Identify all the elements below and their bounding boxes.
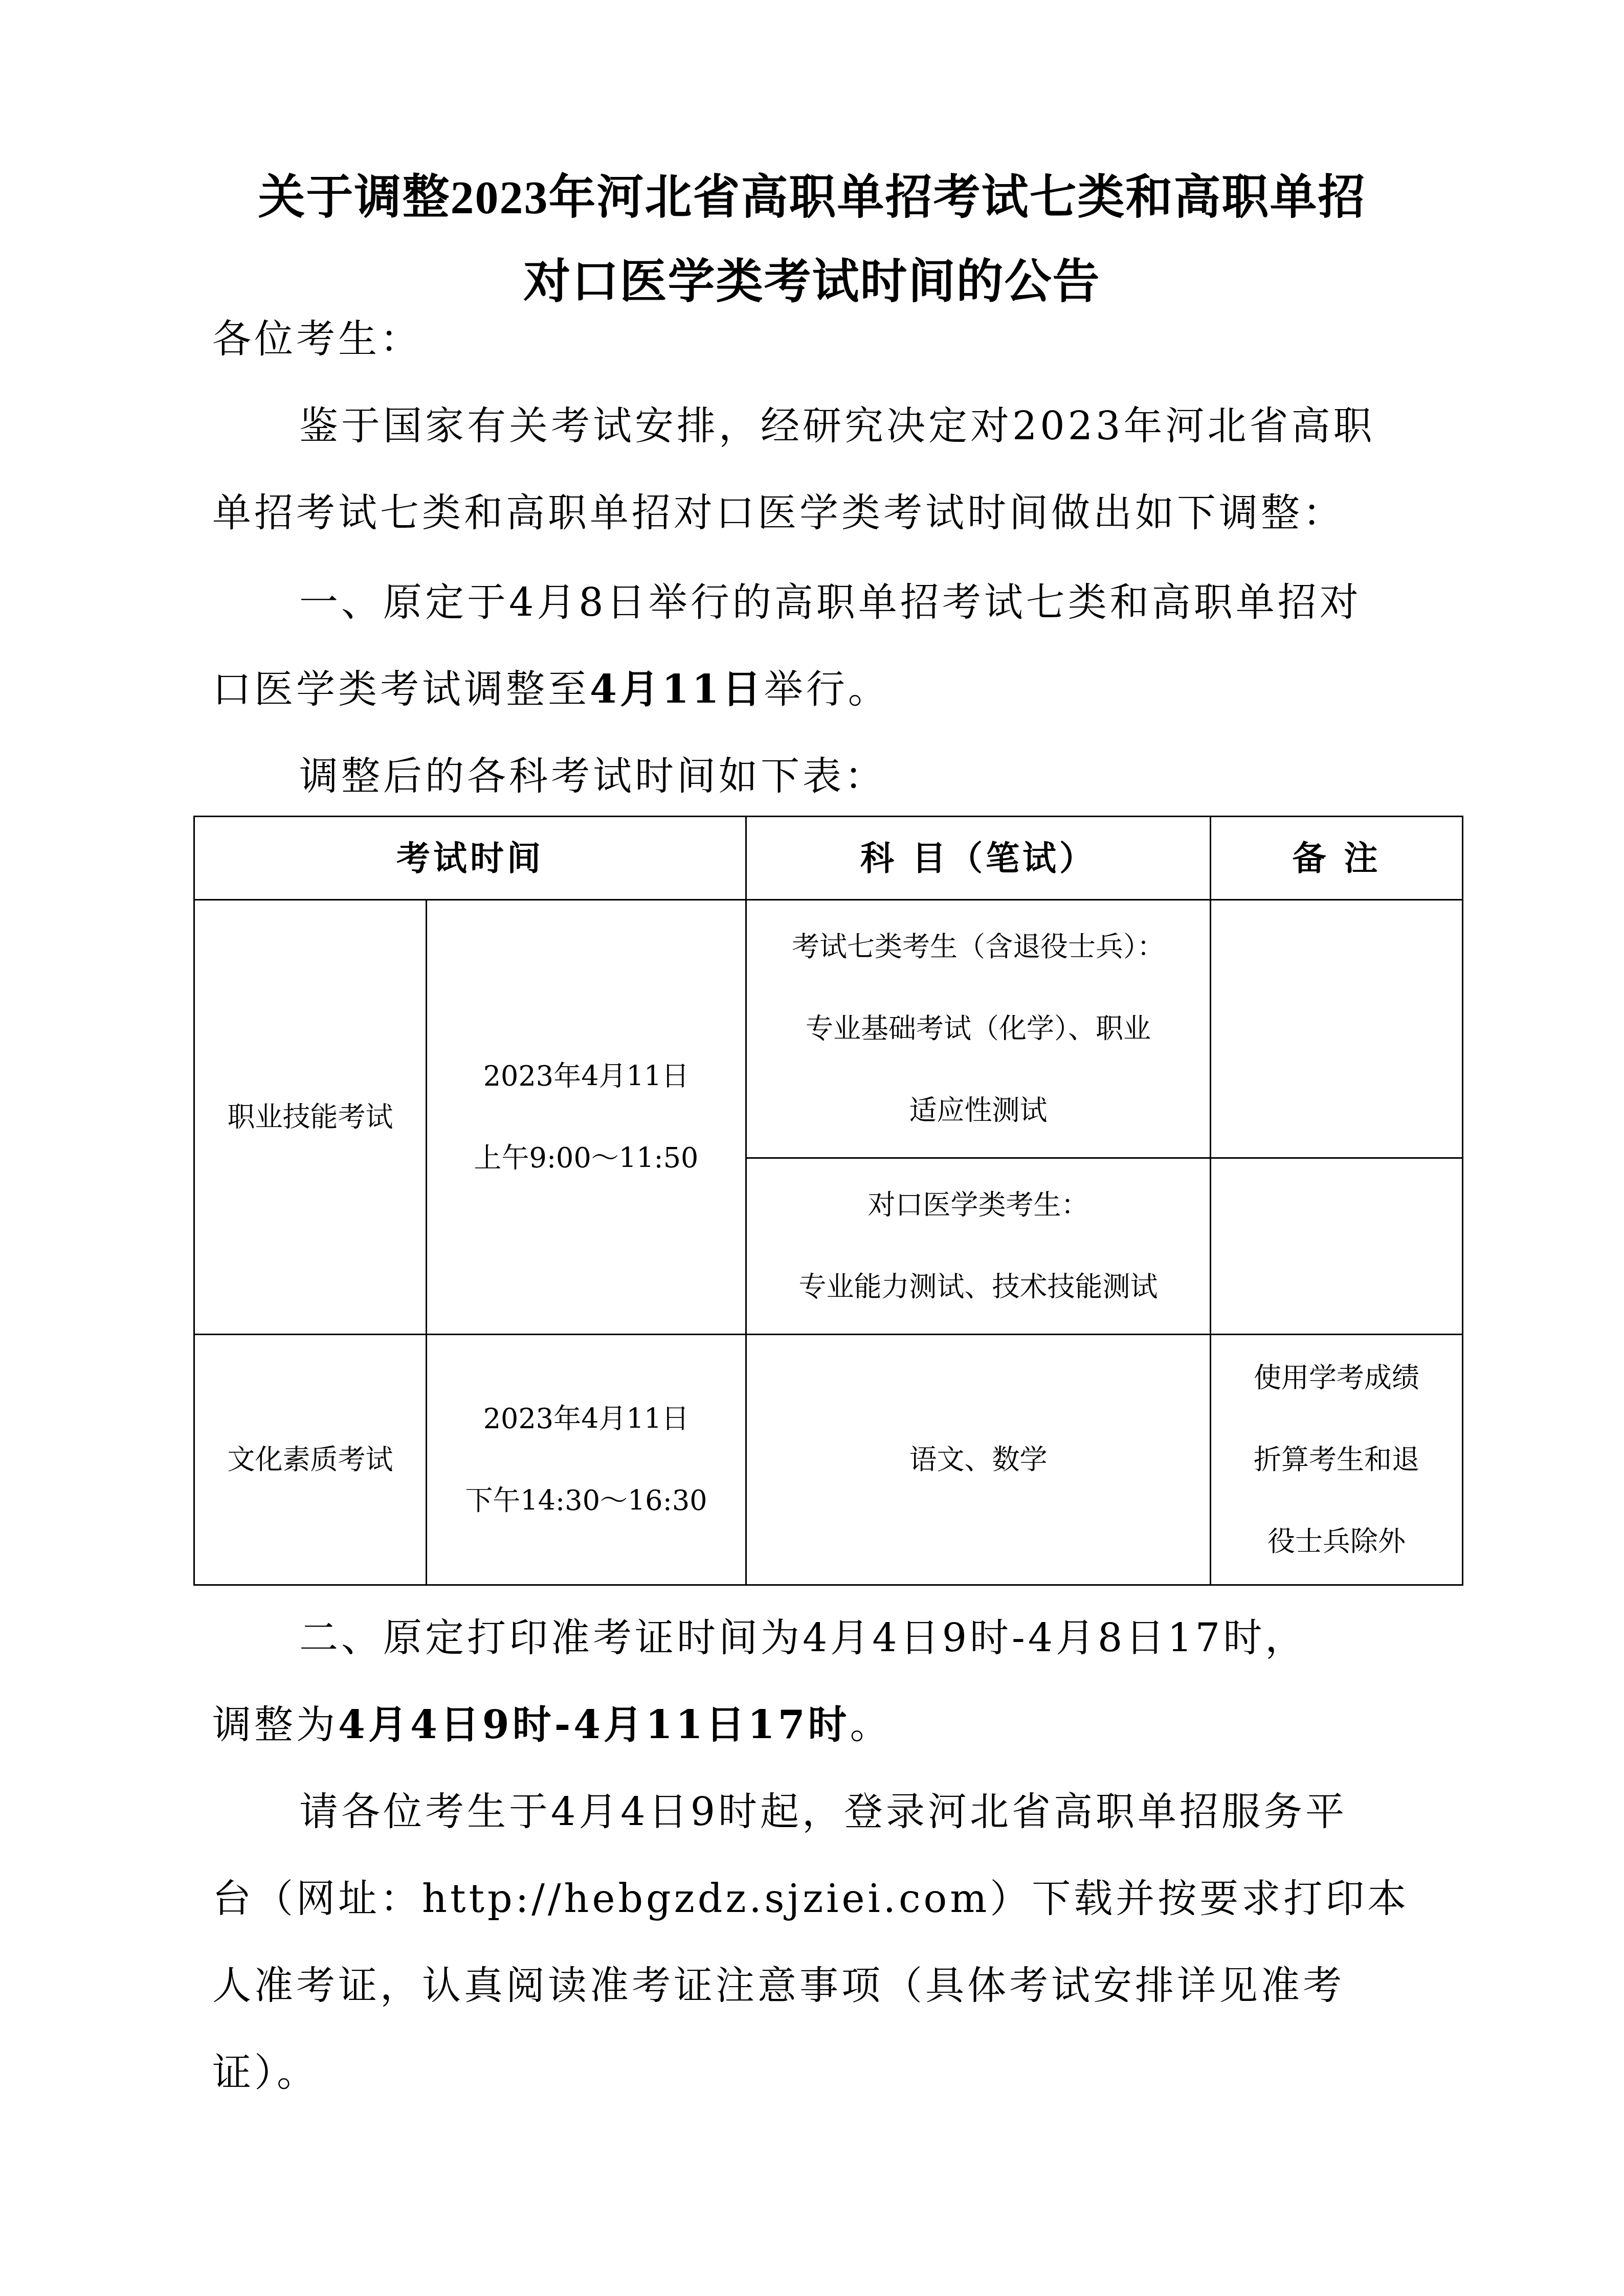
exam-schedule-table: 考试时间 科 目（笔试） 备 注 职业技能考试 2023年4月11日 上午9:0…: [193, 816, 1463, 1586]
note-line: 役士兵除外: [1211, 1501, 1462, 1583]
table-row: 文化素质考试 2023年4月11日 下午14:30～16:30 语文、数学 使用…: [194, 1335, 1463, 1585]
notice-line-3: 人准考证，认真阅读准考证注意事项（具体考试安排详见准考: [212, 1966, 1345, 2005]
item1-line-1: 一、原定于4月8日举行的高职单招考试七类和高职单招对: [299, 583, 1362, 622]
item1-new-date: 4月11日: [590, 666, 764, 712]
item2-text-post: 。: [850, 1702, 892, 1747]
subject-cell: 对口医学类考生： 专业能力测试、技术技能测试: [746, 1158, 1211, 1335]
table-header-row: 考试时间 科 目（笔试） 备 注: [194, 817, 1463, 900]
item1-line-2: 口医学类考试调整至4月11日举行。: [212, 670, 890, 709]
note-line: 折算考生和退: [1211, 1419, 1462, 1501]
exam-time: 下午14:30～16:30: [427, 1460, 745, 1542]
note-cell: [1211, 1158, 1463, 1335]
notice-line-2: 台（网址：http://hebgzdz.sjziei.com）下载并按要求打印本: [212, 1879, 1409, 1918]
item2-new-period: 4月4日9时-4月11日17时: [338, 1702, 850, 1747]
item2-line-1: 二、原定打印准考证时间为4月4日9时-4月8日17时，: [299, 1618, 1307, 1657]
exam-name-cell: 文化素质考试: [194, 1335, 427, 1585]
item2-line-2: 调整为4月4日9时-4月11日17时。: [212, 1705, 892, 1744]
subject-line: 考试七类考生（含退役士兵）：: [747, 906, 1210, 988]
exam-date: 2023年4月11日: [427, 1036, 745, 1117]
table-row: 职业技能考试 2023年4月11日 上午9:00～11:50 考试七类考生（含退…: [194, 900, 1463, 1158]
exam-time: 上午9:00～11:50: [427, 1117, 745, 1199]
exam-datetime-cell: 2023年4月11日 上午9:00～11:50: [427, 900, 746, 1335]
subject-cell: 考试七类考生（含退役士兵）： 专业基础考试（化学）、职业 适应性测试: [746, 900, 1211, 1158]
subject-cell: 语文、数学: [746, 1335, 1211, 1585]
note-line: 使用学考成绩: [1211, 1337, 1462, 1419]
notice-line-4: 证）。: [212, 2053, 319, 2092]
notice-line-1: 请各位考生于4月4日9时起，登录河北省高职单招服务平: [299, 1792, 1347, 1831]
subject-line: 专业能力测试、技术技能测试: [747, 1246, 1210, 1328]
exam-date: 2023年4月11日: [427, 1378, 745, 1460]
header-subjects: 科 目（笔试）: [746, 817, 1211, 900]
note-cell: 使用学考成绩 折算考生和退 役士兵除外: [1211, 1335, 1463, 1585]
exam-name-cell: 职业技能考试: [194, 900, 427, 1335]
item1-text-pre: 口医学类考试调整至: [212, 666, 590, 712]
intro-line-2: 单招考试七类和高职单招对口医学类考试时间做出如下调整：: [212, 493, 1345, 532]
title-line-2: 对口医学类考试时间的公告: [0, 258, 1624, 305]
title-line-1: 关于调整2023年河北省高职单招考试七类和高职单招: [0, 174, 1624, 221]
item2-text-pre: 调整为: [212, 1702, 338, 1747]
salutation: 各位考生：: [212, 320, 422, 358]
item1-text-post: 举行。: [764, 666, 890, 712]
header-notes: 备 注: [1211, 817, 1463, 900]
exam-datetime-cell: 2023年4月11日 下午14:30～16:30: [427, 1335, 746, 1585]
intro-line-1: 鉴于国家有关考试安排，经研究决定对2023年河北省高职: [299, 407, 1375, 445]
note-cell: [1211, 900, 1463, 1158]
subject-line: 专业基础考试（化学）、职业: [747, 988, 1210, 1070]
header-exam-time: 考试时间: [194, 817, 746, 900]
table-intro: 调整后的各科考试时间如下表：: [299, 757, 886, 796]
subject-line: 对口医学类考生：: [747, 1164, 1210, 1246]
subject-line: 适应性测试: [747, 1070, 1210, 1152]
